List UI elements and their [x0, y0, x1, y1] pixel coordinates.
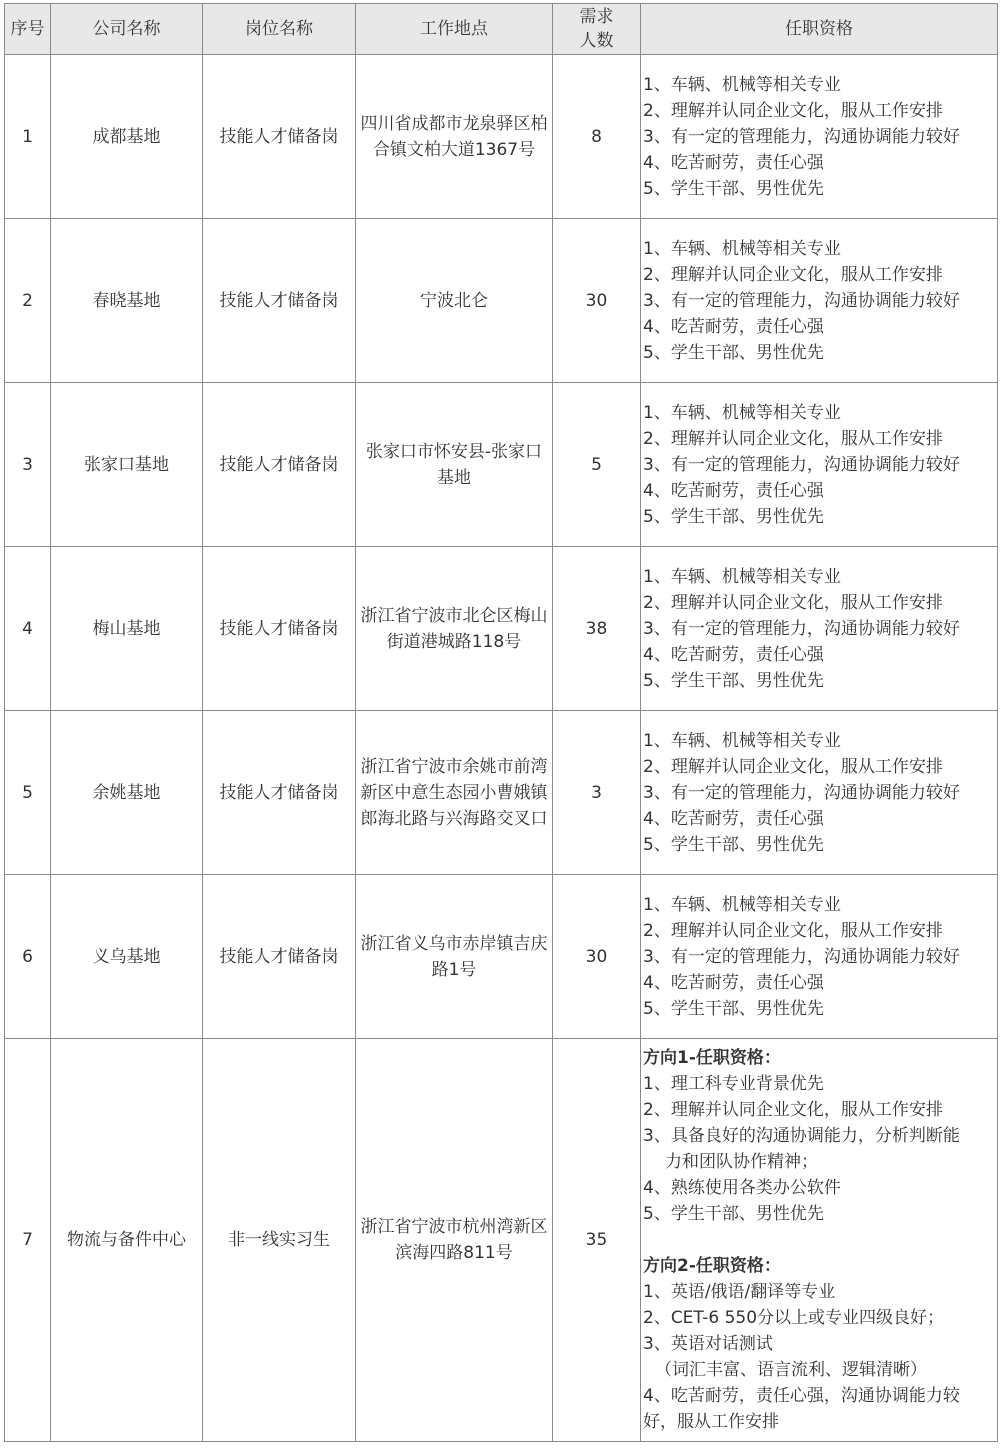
requirement-item: 5、学生干部、男性优先: [643, 340, 995, 366]
requirement-item: 2、理解并认同企业文化，服从工作安排: [643, 590, 995, 616]
requirement-item: 5、学生干部、男性优先: [643, 996, 995, 1022]
cell-location: 浙江省宁波市余姚市前湾新区中意生态园小曹娥镇郎海北路与兴海路交叉口: [356, 711, 553, 875]
requirement-item: 5、学生干部、男性优先: [643, 668, 995, 694]
header-requirements: 任职资格: [641, 4, 998, 55]
spacer: [643, 1227, 995, 1253]
requirement-item: 2、理解并认同企业文化，服从工作安排: [643, 262, 995, 288]
cell-location: 浙江省义乌市赤岸镇吉庆路1号: [356, 875, 553, 1039]
requirement-item: 4、吃苦耐劳，责任心强: [643, 970, 995, 996]
requirement-item: 3、有一定的管理能力，沟通协调能力较好: [643, 124, 995, 150]
cell-count: 35: [553, 1039, 641, 1442]
cell-position: 技能人才储备岗: [203, 219, 356, 383]
requirement-item: 4、吃苦耐劳，责任心强: [643, 806, 995, 832]
cell-count: 30: [553, 219, 641, 383]
table-row: 3 张家口基地 技能人才储备岗 张家口市怀安县-张家口基地 5 1、车辆、机械等…: [5, 383, 998, 547]
requirement-item: 5、学生干部、男性优先: [643, 832, 995, 858]
cell-no: 4: [5, 547, 51, 711]
cell-company: 成都基地: [51, 55, 203, 219]
requirement-item: 1、英语/俄语/翻译等专业: [643, 1279, 995, 1305]
cell-requirements: 1、车辆、机械等相关专业 2、理解并认同企业文化，服从工作安排 3、有一定的管理…: [641, 547, 998, 711]
cell-position: 技能人才储备岗: [203, 547, 356, 711]
cell-location: 浙江省宁波市杭州湾新区滨海四路811号: [356, 1039, 553, 1442]
requirement-item: 5、学生干部、男性优先: [643, 1201, 995, 1227]
cell-company: 物流与备件中心: [51, 1039, 203, 1442]
cell-count: 3: [553, 711, 641, 875]
direction2-title: 方向2-任职资格：: [643, 1253, 995, 1279]
cell-no: 1: [5, 55, 51, 219]
cell-location: 宁波北仑: [356, 219, 553, 383]
cell-company: 义乌基地: [51, 875, 203, 1039]
requirement-item: 好，服从工作安排: [643, 1409, 995, 1435]
cell-no: 6: [5, 875, 51, 1039]
header-count: 需求 人数: [553, 4, 641, 55]
cell-requirements: 1、车辆、机械等相关专业 2、理解并认同企业文化，服从工作安排 3、有一定的管理…: [641, 711, 998, 875]
cell-count: 8: [553, 55, 641, 219]
requirement-item: 2、理解并认同企业文化，服从工作安排: [643, 98, 995, 124]
requirement-item: 2、CET-6 550分以上或专业四级良好；: [643, 1305, 995, 1331]
cell-company: 梅山基地: [51, 547, 203, 711]
cell-requirements: 1、车辆、机械等相关专业 2、理解并认同企业文化，服从工作安排 3、有一定的管理…: [641, 219, 998, 383]
requirement-item: 4、吃苦耐劳，责任心强: [643, 478, 995, 504]
requirement-item: 3、有一定的管理能力，沟通协调能力较好: [643, 944, 995, 970]
cell-position: 非一线实习生: [203, 1039, 356, 1442]
cell-company: 春晓基地: [51, 219, 203, 383]
cell-requirements: 1、车辆、机械等相关专业 2、理解并认同企业文化，服从工作安排 3、有一定的管理…: [641, 383, 998, 547]
table-row: 1 成都基地 技能人才储备岗 四川省成都市龙泉驿区柏合镇文柏大道1367号 8 …: [5, 55, 998, 219]
requirement-item: 4、吃苦耐劳，责任心强，沟通协调能力较: [643, 1383, 995, 1409]
cell-requirements: 方向1-任职资格： 1、理工科专业背景优先 2、理解并认同企业文化，服从工作安排…: [641, 1039, 998, 1442]
cell-company: 余姚基地: [51, 711, 203, 875]
requirement-item: 1、车辆、机械等相关专业: [643, 892, 995, 918]
requirement-item: 5、学生干部、男性优先: [643, 504, 995, 530]
cell-requirements: 1、车辆、机械等相关专业 2、理解并认同企业文化，服从工作安排 3、有一定的管理…: [641, 875, 998, 1039]
requirement-item: 3、具备良好的沟通协调能力，分析判断能: [643, 1123, 995, 1149]
requirement-item: 3、英语对话测试: [643, 1331, 995, 1357]
requirement-item: 2、理解并认同企业文化，服从工作安排: [643, 754, 995, 780]
header-count-line1: 需求: [553, 5, 640, 29]
requirement-item: 4、吃苦耐劳，责任心强: [643, 642, 995, 668]
header-location: 工作地点: [356, 4, 553, 55]
requirement-item-continued: 力和团队协作精神；: [643, 1149, 995, 1175]
requirement-item: 1、车辆、机械等相关专业: [643, 400, 995, 426]
direction1-title: 方向1-任职资格：: [643, 1045, 995, 1071]
job-requirements-table: 序号 公司名称 岗位名称 工作地点 需求 人数 任职资格 1 成都基地 技能人才…: [4, 3, 998, 1442]
requirement-item: 5、学生干部、男性优先: [643, 176, 995, 202]
cell-location: 张家口市怀安县-张家口基地: [356, 383, 553, 547]
cell-position: 技能人才储备岗: [203, 711, 356, 875]
cell-no: 3: [5, 383, 51, 547]
cell-location: 四川省成都市龙泉驿区柏合镇文柏大道1367号: [356, 55, 553, 219]
requirement-item: 2、理解并认同企业文化，服从工作安排: [643, 426, 995, 452]
requirement-item: 4、熟练使用各类办公软件: [643, 1175, 995, 1201]
cell-no: 7: [5, 1039, 51, 1442]
requirement-item: 3、有一定的管理能力，沟通协调能力较好: [643, 288, 995, 314]
requirement-item: 3、有一定的管理能力，沟通协调能力较好: [643, 780, 995, 806]
cell-no: 5: [5, 711, 51, 875]
table-row: 4 梅山基地 技能人才储备岗 浙江省宁波市北仑区梅山街道港城路118号 38 1…: [5, 547, 998, 711]
cell-count: 30: [553, 875, 641, 1039]
requirement-item: 3、有一定的管理能力，沟通协调能力较好: [643, 616, 995, 642]
cell-company: 张家口基地: [51, 383, 203, 547]
requirement-item: 1、车辆、机械等相关专业: [643, 564, 995, 590]
cell-count: 38: [553, 547, 641, 711]
requirement-item: 4、吃苦耐劳，责任心强: [643, 150, 995, 176]
cell-position: 技能人才储备岗: [203, 875, 356, 1039]
header-position: 岗位名称: [203, 4, 356, 55]
table-row: 2 春晓基地 技能人才储备岗 宁波北仑 30 1、车辆、机械等相关专业 2、理解…: [5, 219, 998, 383]
table-header-row: 序号 公司名称 岗位名称 工作地点 需求 人数 任职资格: [5, 4, 998, 55]
cell-no: 2: [5, 219, 51, 383]
cell-count: 5: [553, 383, 641, 547]
requirement-item: 1、车辆、机械等相关专业: [643, 72, 995, 98]
cell-position: 技能人才储备岗: [203, 55, 356, 219]
requirement-item: 1、理工科专业背景优先: [643, 1071, 995, 1097]
cell-position: 技能人才储备岗: [203, 383, 356, 547]
requirement-item: 2、理解并认同企业文化，服从工作安排: [643, 1097, 995, 1123]
table-row: 5 余姚基地 技能人才储备岗 浙江省宁波市余姚市前湾新区中意生态园小曹娥镇郎海北…: [5, 711, 998, 875]
table-row: 6 义乌基地 技能人才储备岗 浙江省义乌市赤岸镇吉庆路1号 30 1、车辆、机械…: [5, 875, 998, 1039]
requirement-item: 3、有一定的管理能力，沟通协调能力较好: [643, 452, 995, 478]
requirement-item-continued: （词汇丰富、语言流利、逻辑清晰）: [643, 1357, 995, 1383]
requirement-item: 2、理解并认同企业文化，服从工作安排: [643, 918, 995, 944]
requirement-item: 1、车辆、机械等相关专业: [643, 236, 995, 262]
header-no: 序号: [5, 4, 51, 55]
header-count-line2: 人数: [553, 29, 640, 53]
cell-requirements: 1、车辆、机械等相关专业 2、理解并认同企业文化，服从工作安排 3、有一定的管理…: [641, 55, 998, 219]
cell-location: 浙江省宁波市北仑区梅山街道港城路118号: [356, 547, 553, 711]
requirement-item: 1、车辆、机械等相关专业: [643, 728, 995, 754]
requirement-item: 4、吃苦耐劳，责任心强: [643, 314, 995, 340]
header-company: 公司名称: [51, 4, 203, 55]
table-row: 7 物流与备件中心 非一线实习生 浙江省宁波市杭州湾新区滨海四路811号 35 …: [5, 1039, 998, 1442]
